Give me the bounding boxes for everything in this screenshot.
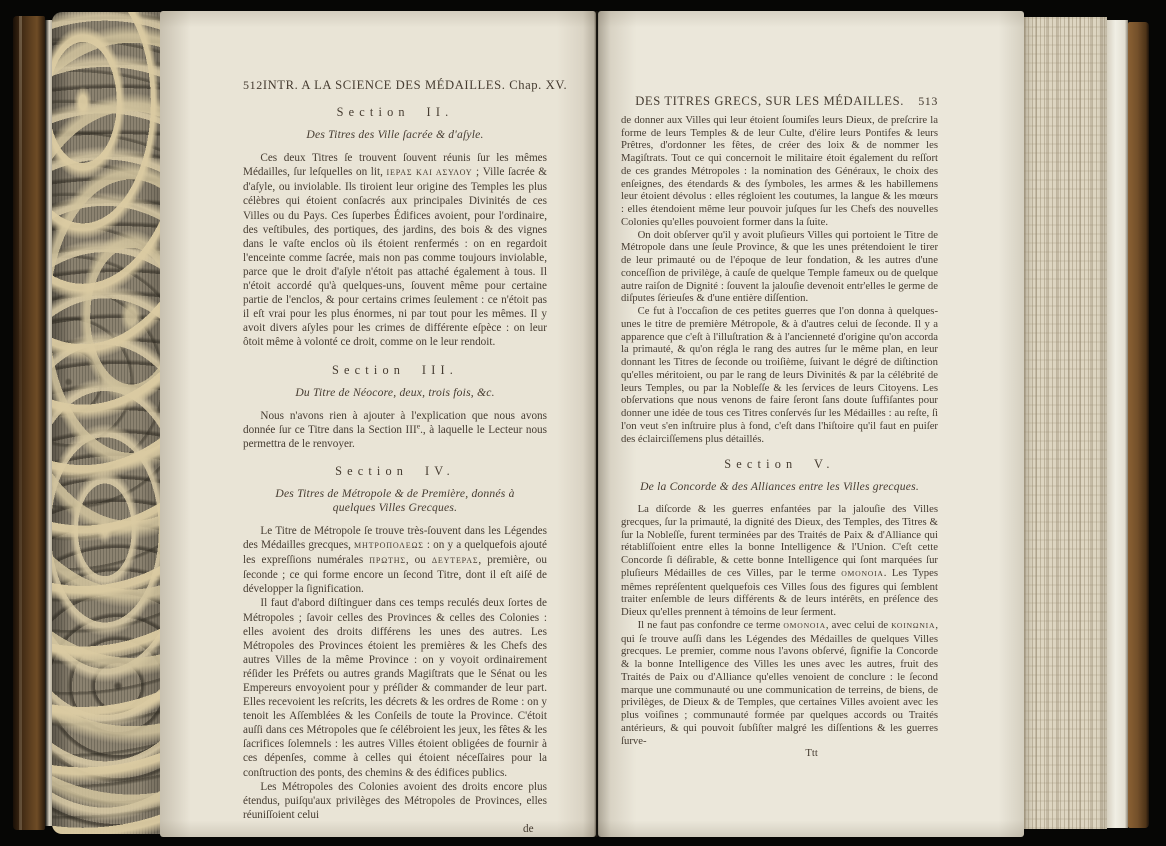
left-page-number: 512 xyxy=(243,78,263,92)
greek-inscription: ΟΜΟΝΟΙΑ xyxy=(841,569,884,578)
book-scan-photo: { "colors":{ "background":"#060605", "pa… xyxy=(0,0,1166,846)
text-segment: On doit obſerver qu'il y avoit pluſieurs… xyxy=(621,229,938,305)
left-fore-edge-pages xyxy=(52,12,162,834)
text-segment: , ou xyxy=(406,554,432,566)
greek-inscription: ΜΗΤΡΟΠΟΛΕΩΣ xyxy=(354,541,424,550)
text-segment: , avec celui de xyxy=(826,619,891,631)
paragraph: Le Titre de Métropole ſe trouve très-ſou… xyxy=(243,524,547,596)
paragraph: Ces deux Titres ſe trouvent ſouvent réun… xyxy=(243,151,547,349)
right-page-number: 513 xyxy=(918,95,938,108)
greek-inscription: ΚΟΙΝΩΝΙΑ xyxy=(891,621,935,630)
page-right-overlay: DES TITRES GRECS, SUR LES MÉDAILLES. 513… xyxy=(598,11,1024,837)
text-segment: Ce fut à l'occaſion de ces petites guerr… xyxy=(621,305,938,445)
right-endpaper-edge xyxy=(1107,20,1128,828)
page-left-overlay: 512 INTR. A LA SCIENCE DES MÉDAILLES. Ch… xyxy=(160,11,596,837)
text-segment: , qui ſe trouve auſſi dans les Légendes … xyxy=(621,619,938,747)
text-segment: Il faut d'abord diſtinguer dans ces temp… xyxy=(243,597,547,778)
section-subtitle: De la Concorde & des Alliances entre les… xyxy=(631,480,928,494)
section-heading: Section IV. xyxy=(243,464,547,478)
text-segment: Il ne faut pas confondre ce terme xyxy=(638,619,784,631)
signature-mark: Ttt xyxy=(621,747,938,760)
section-subtitle: Des Titres de Métropole & de Première, d… xyxy=(253,487,537,515)
greek-inscription: ΙΕΡΑΣ ΚΑΙ ΑΣΥΛΟΥ xyxy=(387,168,473,177)
right-cover-leather xyxy=(1128,22,1149,828)
paragraph: On doit obſerver qu'il y avoit pluſieurs… xyxy=(621,229,938,306)
paragraph: Il faut d'abord diſtinguer dans ces temp… xyxy=(243,596,547,779)
greek-inscription: ΠΡΩΤΗΣ xyxy=(369,556,406,565)
paragraph: Ce fut à l'occaſion de ces petites guerr… xyxy=(621,305,938,445)
greek-inscription: ΔΕΥΤΕΡΑΣ xyxy=(432,556,478,565)
section-heading: Section III. xyxy=(243,363,547,377)
text-segment: de donner aux Villes qui leur étoient ſo… xyxy=(621,114,938,228)
catchword: de xyxy=(243,822,547,836)
section-heading: Section V. xyxy=(621,458,938,471)
left-cover-leather xyxy=(13,16,45,830)
right-text-block: DES TITRES GRECS, SUR LES MÉDAILLES. 513… xyxy=(621,95,938,760)
right-head-title: DES TITRES GRECS, SUR LES MÉDAILLES. xyxy=(621,95,918,108)
left-page-body: Section II.Des Titres des Ville ſacrée &… xyxy=(243,105,547,836)
left-head-title: INTR. A LA SCIENCE DES MÉDAILLES. Chap. … xyxy=(263,78,567,92)
text-segment: Les Métropoles des Colonies avoient des … xyxy=(243,781,547,821)
right-running-head: DES TITRES GRECS, SUR LES MÉDAILLES. 513 xyxy=(621,95,938,108)
section-heading: Section II. xyxy=(243,105,547,119)
paragraph: Les Métropoles des Colonies avoient des … xyxy=(243,780,547,822)
greek-inscription: ΟΜΟΝΟΙΑ xyxy=(783,621,826,630)
right-page-edges xyxy=(1024,17,1107,829)
paragraph: Il ne faut pas confondre ce terme ΟΜΟΝΟΙ… xyxy=(621,619,938,748)
text-segment: ; Ville ſacrée & d'aſyle, ou inviolable.… xyxy=(243,166,547,348)
paragraph: Nous n'avons rien à ajouter à l'explicat… xyxy=(243,409,547,451)
section-subtitle: Du Titre de Néocore, deux, trois fois, &… xyxy=(253,386,537,400)
left-running-head: 512 INTR. A LA SCIENCE DES MÉDAILLES. Ch… xyxy=(243,78,547,92)
section-subtitle: Des Titres des Ville ſacrée & d'aſyle. xyxy=(253,128,537,142)
left-cover-edge xyxy=(45,20,52,826)
paragraph: La diſcorde & les guerres enfantées par … xyxy=(621,503,938,619)
left-text-block: 512 INTR. A LA SCIENCE DES MÉDAILLES. Ch… xyxy=(243,78,547,836)
paragraph: de donner aux Villes qui leur étoient ſo… xyxy=(621,114,938,229)
right-page-body: de donner aux Villes qui leur étoient ſo… xyxy=(621,114,938,760)
